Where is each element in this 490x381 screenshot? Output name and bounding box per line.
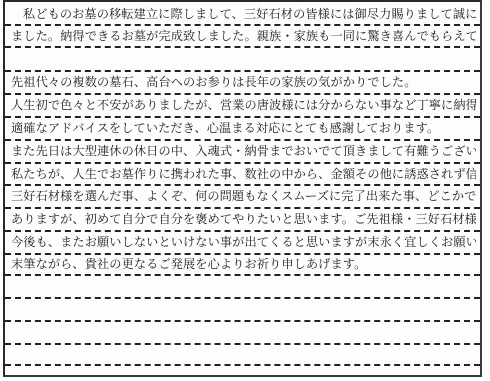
text-line-5: 人生初で色々と不安がありましたが、営業の唐波様には分からない事など丁寧に納得のい… xyxy=(11,94,476,116)
text-line-12: 末筆ながら、貴社の更なるご発展を心よりお祈り申しあげます。 xyxy=(11,253,476,275)
text-line-9: 三好石材様を選んだ事、よくぞ、何の問題もなくスムーズに完了出来た事、どこかで耳に… xyxy=(11,185,476,207)
text-line-16 xyxy=(11,344,476,366)
text-line-14 xyxy=(11,298,476,320)
testimonial-sheet: 私どものお墓の移転建立に際しまして、三好石材の皆様には御尽力賜りまして誠に有難う… xyxy=(3,0,482,377)
text-line-13 xyxy=(11,275,476,297)
text-line-6: 適確なアドバイスをしていただき、心温まる対応にとても感謝しております。 xyxy=(11,117,476,139)
text-line-2: ました。納得できるお墓が完成致しました。親族・家族も一同に驚き喜んでもらえており… xyxy=(11,25,476,47)
text-line-4: 先祖代々の複数の墓石、高台へのお参りは長年の家族の気がかりでした。 xyxy=(11,71,476,93)
text-line-8: 私たちが、人生でお墓作りに携われた事、数社の中から、金額その他に誘惑されず信頼し… xyxy=(11,163,476,185)
text-line-1: 私どものお墓の移転建立に際しまして、三好石材の皆様には御尽力賜りまして誠に有難う… xyxy=(23,3,476,25)
text-line-15 xyxy=(11,321,476,343)
text-line-11: 今後も、またお願いしないといけない事が出てくると思いますが末永く宜しくお願い致し… xyxy=(11,231,476,253)
ruled-line xyxy=(5,364,480,366)
text-line-10: ありますが、初めて自分で自分を褒めてやりたいと思います。ご先祖様・三好石材様に感… xyxy=(11,208,476,230)
text-line-3 xyxy=(11,48,476,70)
text-line-7: また先日は大型連休の休日の中、入魂式・納骨までおいでて頂きまして有難うございまし… xyxy=(11,140,476,162)
